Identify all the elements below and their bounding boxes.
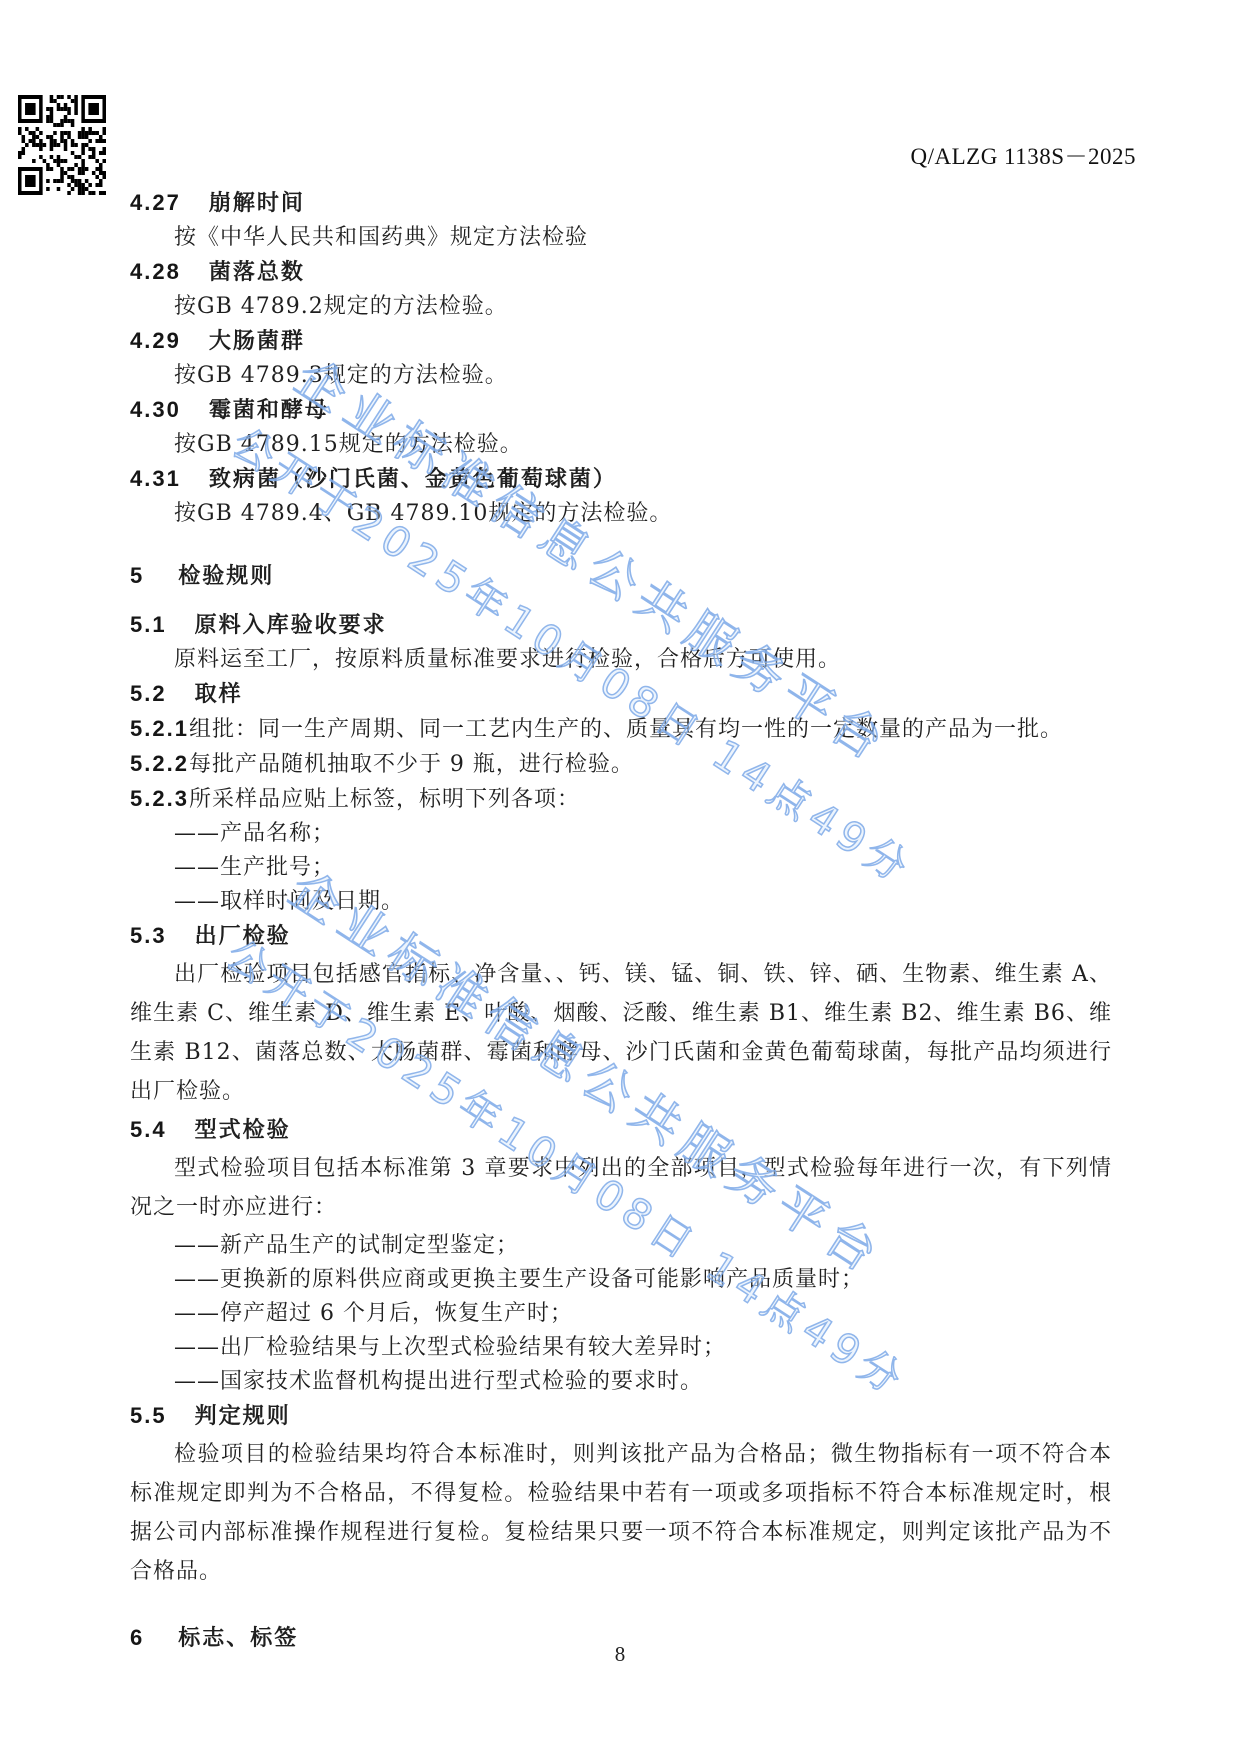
clause-title: 取样 [195, 682, 243, 707]
standard-code: Q/ALZG 1138S－2025 [910, 138, 1136, 171]
clause-heading: 4.30霉菌和酵母 [130, 394, 1112, 426]
line-text: 型式检验项目包括本标准第 3 章要求中列出的全部项目，型式检验每年进行一次，有下… [130, 1156, 1112, 1220]
line-text: 出厂检验项目包括感官指标、净含量、、钙、镁、锰、铜、铁、锌、硒、生物素、维生素 … [130, 962, 1112, 1104]
clause-title: 检验规则 [178, 564, 274, 589]
clause-heading: 5.4型式检验 [130, 1114, 1112, 1146]
clause-heading: 5.2.1组批：同一生产周期、同一工艺内生产的、质量具有均一性的一定数量的产品为… [130, 713, 1112, 745]
line-text: 组批：同一生产周期、同一工艺内生产的、质量具有均一性的一定数量的产品为一批。 [189, 717, 1063, 742]
dash-item: ——新产品生产的试制定型鉴定； [130, 1230, 1112, 1261]
chapter-heading: 5检验规则 [130, 560, 1112, 592]
clause-number: 4.29 [130, 328, 181, 353]
clause-number: 5.2.2 [130, 751, 189, 776]
line-text: ——国家技术监督机构提出进行型式检验的要求时。 [174, 1369, 703, 1394]
line-text: ——生产批号； [174, 855, 335, 880]
clause-number: 5.4 [130, 1117, 167, 1142]
clause-title: 大肠菌群 [209, 329, 305, 354]
clause-number: 5 [130, 563, 144, 588]
line-text: ——出厂检验结果与上次型式检验结果有较大差异时； [174, 1335, 726, 1360]
clause-number: 4.28 [130, 259, 181, 284]
body-line: 按GB 4789.3规定的方法检验。 [130, 360, 1112, 391]
clause-title: 崩解时间 [209, 191, 305, 216]
clause-number: 5.5 [130, 1403, 167, 1428]
line-text: 所采样品应贴上标签，标明下列各项： [189, 787, 580, 812]
clause-title: 出厂检验 [195, 924, 291, 949]
clause-heading: 5.1原料入库验收要求 [130, 609, 1112, 641]
clause-title: 原料入库验收要求 [195, 613, 387, 638]
clause-title: 菌落总数 [209, 260, 305, 285]
line-text: 按GB 4789.2规定的方法检验。 [174, 294, 508, 319]
clause-heading: 5.2.3所采样品应贴上标签，标明下列各项： [130, 783, 1112, 815]
dash-item: ——取样时间及日期。 [130, 886, 1112, 917]
clause-heading: 4.27崩解时间 [130, 187, 1112, 219]
clause-title: 致病菌（沙门氏菌、金黄色葡萄球菌） [209, 467, 617, 492]
clause-heading: 4.29大肠菌群 [130, 325, 1112, 357]
line-text: ——产品名称； [174, 821, 335, 846]
clause-number: 4.27 [130, 190, 181, 215]
clause-title: 型式检验 [195, 1118, 291, 1143]
line-text: ——停产超过 6 个月后，恢复生产时； [174, 1301, 573, 1326]
clause-heading: 5.3出厂检验 [130, 920, 1112, 952]
line-text: ——新产品生产的试制定型鉴定； [174, 1233, 519, 1258]
line-text: ——取样时间及日期。 [174, 889, 404, 914]
clause-number: 5.3 [130, 923, 167, 948]
clause-heading: 4.31致病菌（沙门氏菌、金黄色葡萄球菌） [130, 463, 1112, 495]
body-line: 原料运至工厂，按原料质量标准要求进行检验，合格后方可使用。 [130, 644, 1112, 675]
paragraph: 检验项目的检验结果均符合本标准时，则判该批产品为合格品；微生物指标有一项不符合本… [130, 1435, 1112, 1591]
body-line: 按GB 4789.15规定的方法检验。 [130, 429, 1112, 460]
line-text: 按GB 4789.3规定的方法检验。 [174, 363, 508, 388]
qr-code [18, 95, 106, 195]
dash-item: ——停产超过 6 个月后，恢复生产时； [130, 1298, 1112, 1329]
paragraph: 型式检验项目包括本标准第 3 章要求中列出的全部项目，型式检验每年进行一次，有下… [130, 1149, 1112, 1227]
clause-heading: 5.2.2每批产品随机抽取不少于 9 瓶，进行检验。 [130, 748, 1112, 780]
clause-number: 5.1 [130, 612, 167, 637]
line-text: 按GB 4789.4、GB 4789.10规定的方法检验。 [174, 501, 672, 526]
clause-heading: 5.5判定规则 [130, 1400, 1112, 1432]
line-text: ——更换新的原料供应商或更换主要生产设备可能影响产品质量时； [174, 1267, 864, 1292]
dash-item: ——国家技术监督机构提出进行型式检验的要求时。 [130, 1366, 1112, 1397]
dash-item: ——出厂检验结果与上次型式检验结果有较大差异时； [130, 1332, 1112, 1363]
document-page: Q/ALZG 1138S－2025 企业标准信息公共服务平台 公开于2025年1… [0, 0, 1240, 1753]
clause-number: 5.2 [130, 681, 167, 706]
dash-item: ——生产批号； [130, 852, 1112, 883]
page-number: 8 [0, 1642, 1240, 1667]
clause-number: 5.2.1 [130, 716, 189, 741]
line-text: 按《中华人民共和国药典》规定方法检验 [174, 225, 588, 250]
dash-item: ——产品名称； [130, 818, 1112, 849]
clause-title: 判定规则 [195, 1404, 291, 1429]
clause-heading: 5.2取样 [130, 678, 1112, 710]
document-body: 4.27崩解时间按《中华人民共和国药典》规定方法检验4.28菌落总数按GB 47… [130, 184, 1112, 1671]
line-text: 检验项目的检验结果均符合本标准时，则判该批产品为合格品；微生物指标有一项不符合本… [130, 1442, 1112, 1584]
dash-item: ——更换新的原料供应商或更换主要生产设备可能影响产品质量时； [130, 1264, 1112, 1295]
line-text: 每批产品随机抽取不少于 9 瓶，进行检验。 [189, 752, 634, 777]
line-text: 原料运至工厂，按原料质量标准要求进行检验，合格后方可使用。 [174, 647, 841, 672]
paragraph: 出厂检验项目包括感官指标、净含量、、钙、镁、锰、铜、铁、锌、硒、生物素、维生素 … [130, 955, 1112, 1111]
body-line: 按GB 4789.4、GB 4789.10规定的方法检验。 [130, 498, 1112, 529]
clause-number: 4.30 [130, 397, 181, 422]
body-line: 按GB 4789.2规定的方法检验。 [130, 291, 1112, 322]
line-text: 按GB 4789.15规定的方法检验。 [174, 432, 523, 457]
clause-heading: 4.28菌落总数 [130, 256, 1112, 288]
body-line: 按《中华人民共和国药典》规定方法检验 [130, 222, 1112, 253]
clause-number: 5.2.3 [130, 786, 189, 811]
clause-title: 霉菌和酵母 [209, 398, 329, 423]
clause-number: 4.31 [130, 466, 181, 491]
